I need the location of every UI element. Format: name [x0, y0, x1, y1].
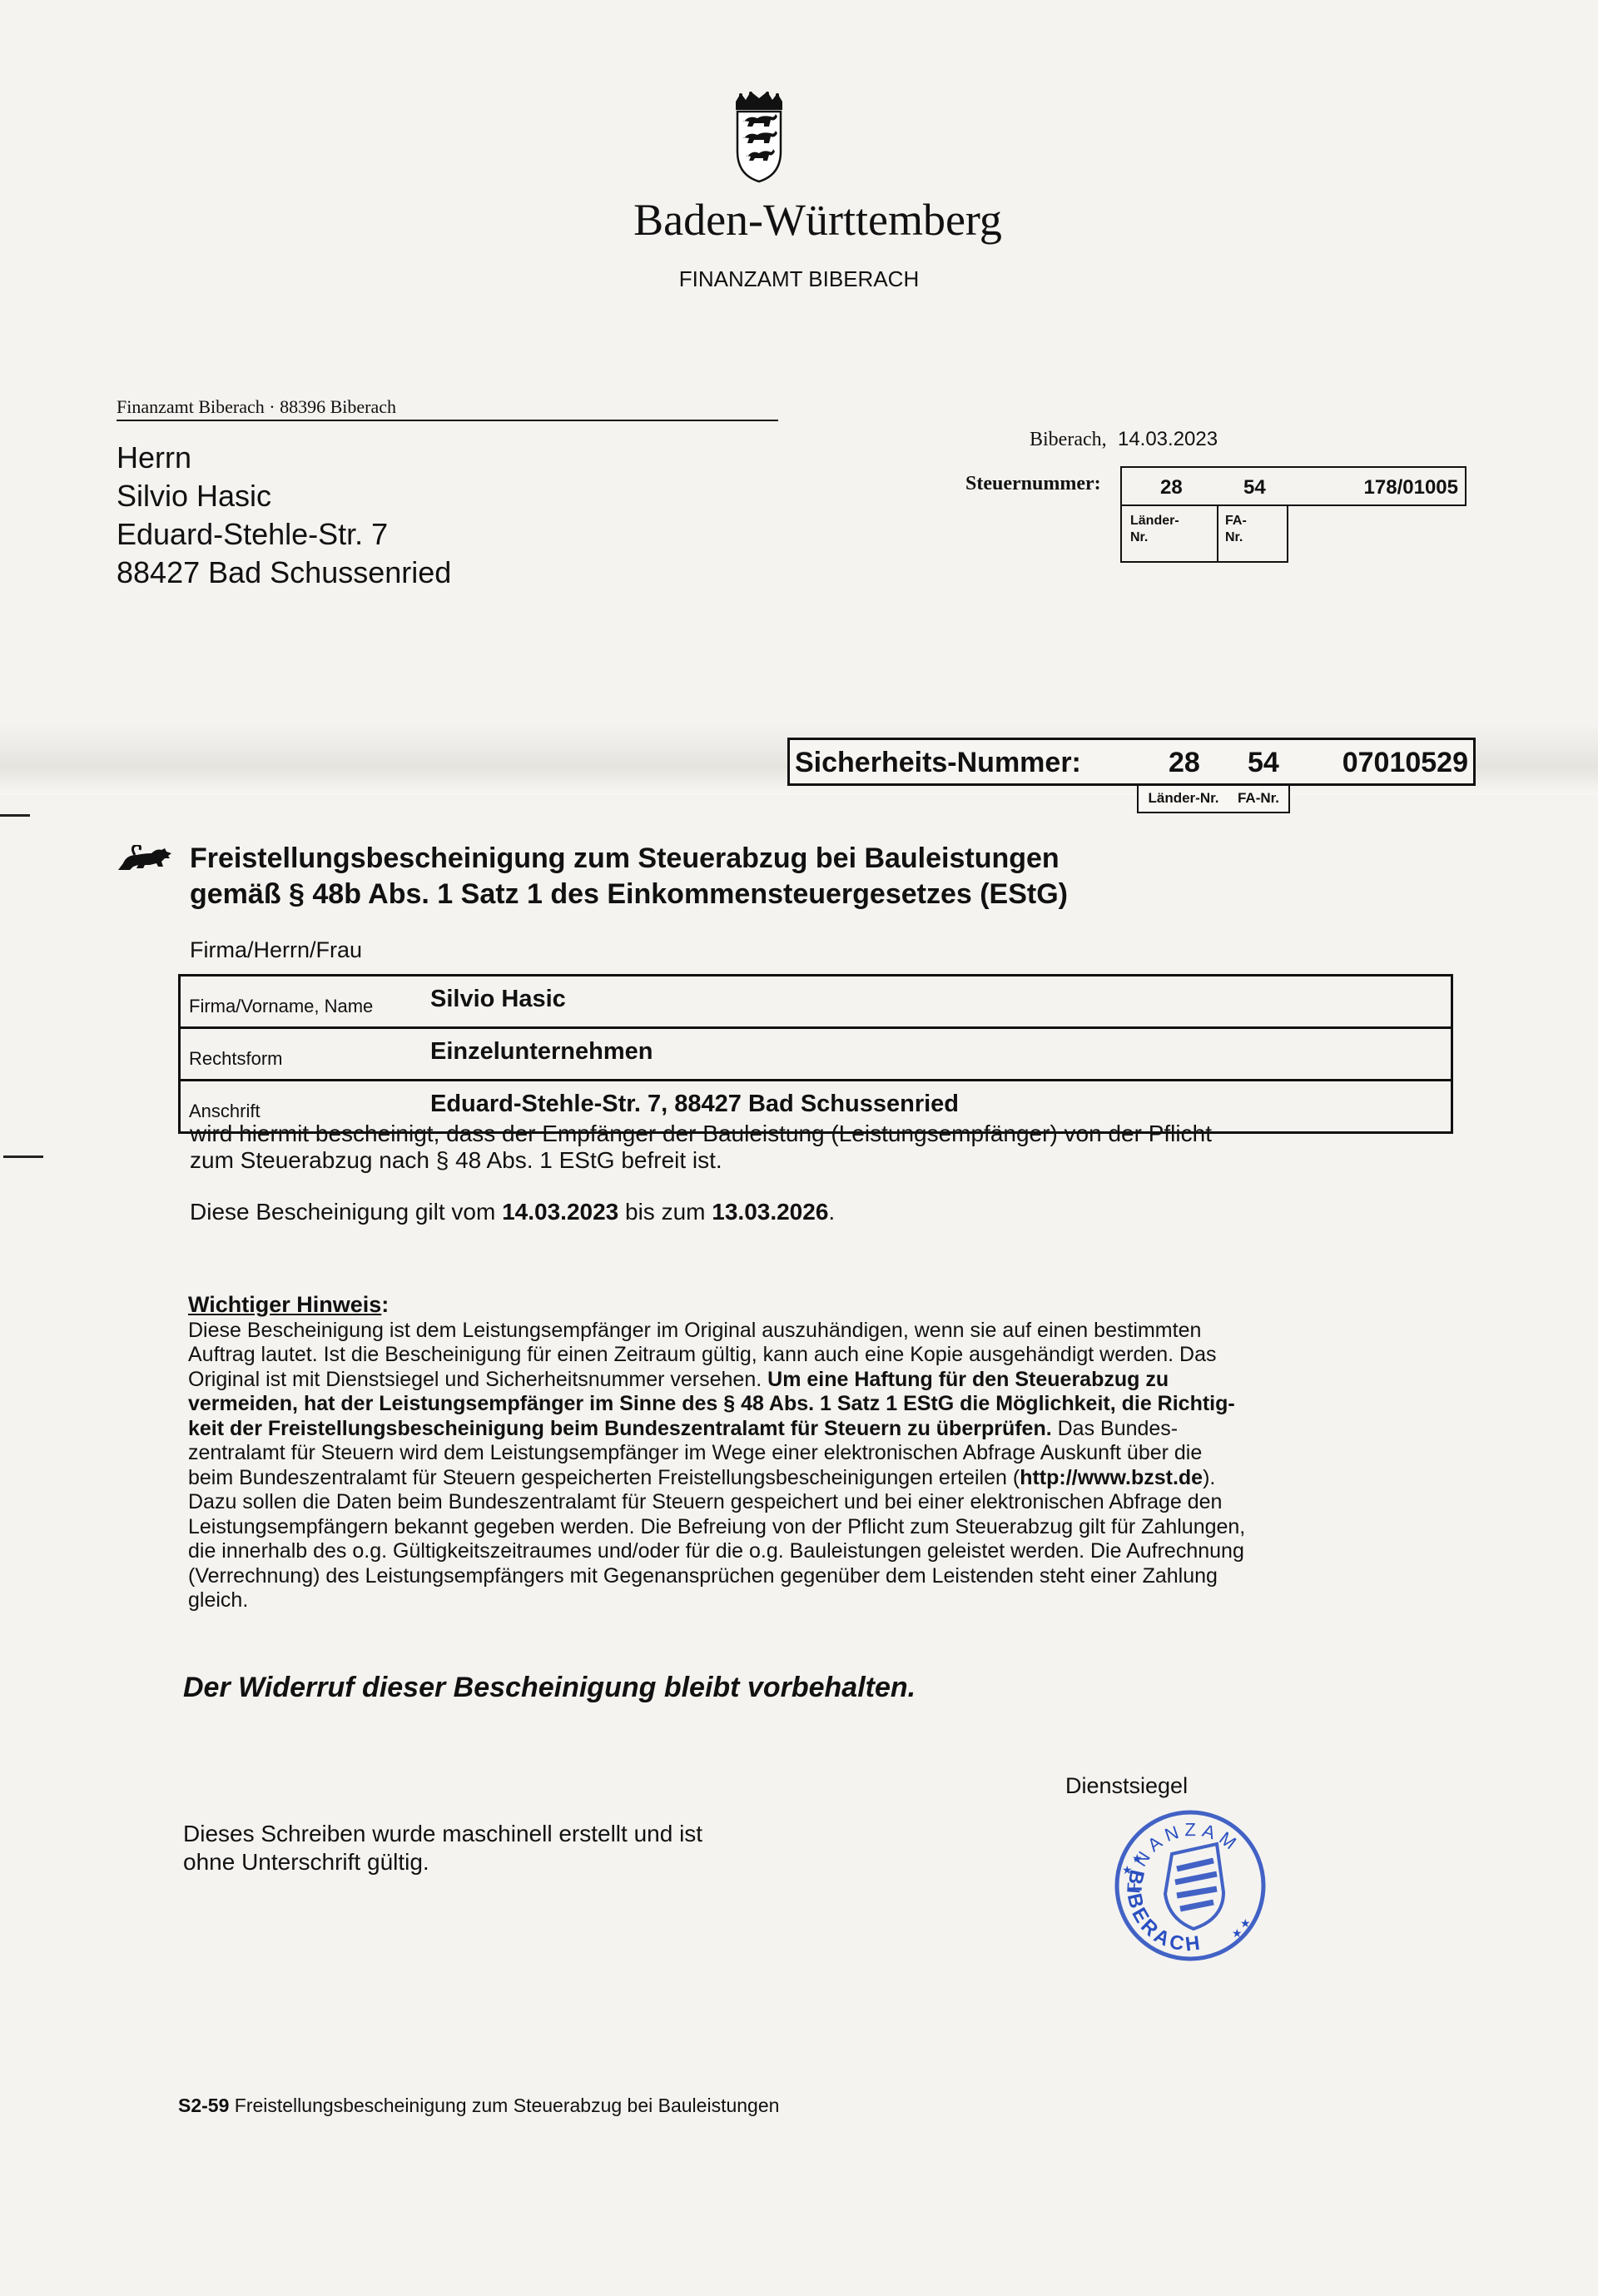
security-laender-caption: Länder-Nr.: [1137, 786, 1230, 813]
certification-text: wird hiermit bescheinigt, dass der Empfä…: [190, 1121, 1212, 1174]
table-row: Firma/Vorname, Name Silvio Hasic: [180, 976, 1452, 1028]
recipient-street: Eduard-Stehle-Str. 7: [117, 515, 451, 554]
sender-address-line: Finanzamt Biberach · 88396 Biberach: [117, 396, 778, 421]
letter-date: 14.03.2023: [1118, 428, 1218, 450]
security-fa-nr: 54: [1248, 747, 1279, 779]
notice-line: Dazu sollen die Daten beim Bundeszentral…: [188, 1490, 1462, 1515]
row-value: Silvio Hasic: [430, 976, 1452, 1028]
recipient-details-table: Firma/Vorname, Name Silvio Hasic Rechtsf…: [178, 974, 1453, 1134]
form-code: S2-59: [178, 2095, 229, 2116]
state-name: Baden-Württemberg: [0, 194, 1598, 246]
seal-label: Dienstsiegel: [1065, 1773, 1188, 1799]
certification-line-2: zum Steuerabzug nach § 48 Abs. 1 EStG be…: [190, 1147, 1212, 1174]
caption-line: Länder-: [1130, 513, 1217, 529]
machine-note-line-2: ohne Unterschrift gültig.: [183, 1848, 702, 1876]
svg-text:★: ★: [1132, 1851, 1143, 1865]
notice-line: zentralamt für Steuern wird dem Leistung…: [188, 1441, 1462, 1466]
security-number-value: 07010529: [1342, 747, 1468, 779]
validity-suffix: .: [828, 1199, 835, 1225]
recipient-city: 88427 Bad Schussenried: [117, 554, 451, 592]
form-footer: S2-59 Freistellungsbescheinigung zum Ste…: [178, 2095, 779, 2117]
security-number-box: Sicherheits-Nummer: 28 54 07010529: [787, 738, 1476, 786]
svg-text:★: ★: [1232, 1926, 1243, 1940]
notice-line: gleich.: [188, 1588, 1462, 1613]
firma-label: Firma/Herrn/Frau: [190, 937, 362, 963]
place-and-date: Biberach, 14.03.2023: [1030, 428, 1218, 451]
recipient-salutation: Herrn: [117, 439, 451, 477]
row-label: Rechtsform: [180, 1028, 431, 1081]
form-name: Freistellungsbescheinigung zum Steuerabz…: [229, 2095, 779, 2116]
document-title: Freistellungsbescheinigung zum Steuerabz…: [190, 841, 1068, 912]
recipient-name: Silvio Hasic: [117, 477, 451, 515]
machine-generated-note: Dieses Schreiben wurde maschinell erstel…: [183, 1820, 702, 1876]
certification-line-1: wird hiermit bescheinigt, dass der Empfä…: [190, 1121, 1212, 1147]
fold-mark: [0, 814, 30, 817]
notice-line: beim Bundeszentralamt für Steuern gespei…: [188, 1466, 1462, 1491]
place: Biberach,: [1030, 429, 1107, 450]
notice-heading: Wichtiger Hinweis: [188, 1292, 381, 1317]
notice-line: Diese Bescheinigung ist dem Leistungsemp…: [188, 1319, 1462, 1344]
official-seal-icon: FINANZAMT BIBERACH ★★ ★★: [1107, 1802, 1273, 1969]
important-notice: Wichtiger Hinweis: Diese Bescheinigung i…: [188, 1293, 1462, 1613]
recipient-address: Herrn Silvio Hasic Eduard-Stehle-Str. 7 …: [117, 439, 451, 592]
svg-text:★: ★: [1122, 1863, 1133, 1876]
notice-line: Original ist mit Dienstsiegel und Sicher…: [188, 1368, 1462, 1393]
tax-fa-caption: FA- Nr.: [1217, 506, 1288, 563]
tax-office-name: FINANZAMT BIBERACH: [0, 266, 1598, 292]
caption-line: Nr.: [1225, 529, 1287, 546]
validity-middle: bis zum: [618, 1199, 712, 1225]
tax-fa-nr: 54: [1243, 476, 1266, 499]
validity-prefix: Diese Bescheinigung gilt vom: [190, 1199, 502, 1225]
tax-number-value: 178/01005: [1364, 476, 1458, 499]
valid-to-date: 13.03.2026: [712, 1199, 828, 1225]
validity-period: Diese Bescheinigung gilt vom 14.03.2023 …: [190, 1199, 835, 1225]
tax-laender-caption: Länder- Nr.: [1120, 506, 1218, 563]
title-line-1: Freistellungsbescheinigung zum Steuerabz…: [190, 841, 1068, 877]
valid-from-date: 14.03.2023: [502, 1199, 618, 1225]
tax-number-box: 28 54 178/01005: [1120, 466, 1466, 506]
notice-body: Diese Bescheinigung ist dem Leistungsemp…: [188, 1319, 1462, 1613]
notice-line: die innerhalb des o.g. Gültigkeitszeitra…: [188, 1539, 1462, 1564]
notice-line: (Verrechnung) des Leistungsempfängers mi…: [188, 1564, 1462, 1589]
row-label: Firma/Vorname, Name: [180, 976, 431, 1028]
notice-heading-colon: :: [381, 1292, 389, 1317]
revocation-clause: Der Widerruf dieser Bescheinigung bleibt…: [183, 1672, 916, 1704]
coat-of-arms-icon: [732, 92, 786, 183]
notice-line: keit der Freistellungsbescheinigung beim…: [188, 1417, 1462, 1442]
security-fa-caption: FA-Nr.: [1228, 786, 1290, 813]
lion-icon: [115, 845, 173, 875]
table-row: Rechtsform Einzelunternehmen: [180, 1028, 1452, 1081]
row-value: Einzelunternehmen: [430, 1028, 1452, 1081]
title-line-2: gemäß § 48b Abs. 1 Satz 1 des Einkommens…: [190, 877, 1068, 912]
tax-number-label: Steuernummer:: [965, 473, 1101, 495]
notice-line: Leistungsempfängern bekannt gegeben werd…: [188, 1515, 1462, 1540]
machine-note-line-1: Dieses Schreiben wurde maschinell erstel…: [183, 1820, 702, 1848]
punch-mark: [3, 1155, 43, 1158]
tax-laender-nr: 28: [1160, 476, 1183, 499]
caption-line: FA-: [1225, 513, 1287, 529]
security-laender-nr: 28: [1169, 747, 1200, 779]
notice-line: Auftrag lautet. Ist die Bescheinigung fü…: [188, 1343, 1462, 1368]
security-number-label: Sicherheits-Nummer:: [795, 747, 1081, 779]
caption-line: Nr.: [1130, 529, 1217, 546]
notice-line: vermeiden, hat der Leistungsempfänger im…: [188, 1392, 1462, 1417]
